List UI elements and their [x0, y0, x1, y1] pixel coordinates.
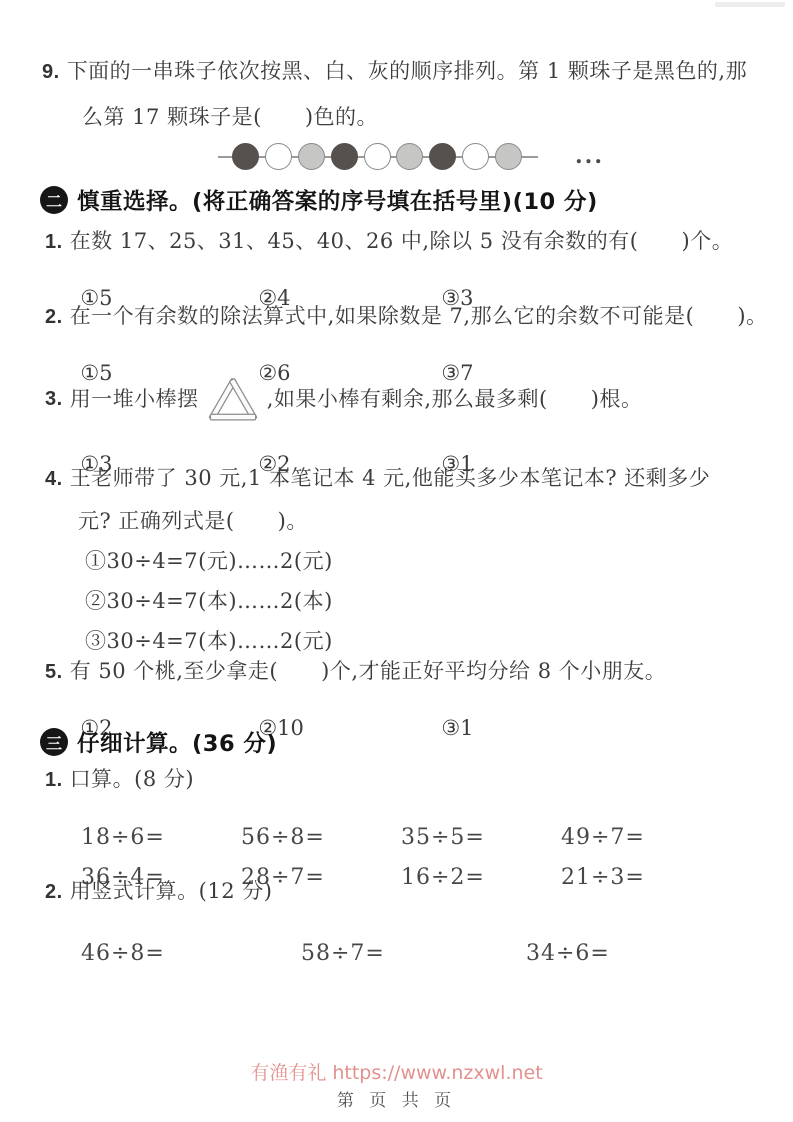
- triangle-sticks-icon: [207, 374, 259, 424]
- question-text: 在一个有余数的除法算式中,如果除数是 7,那么它的余数不可能是( )。: [70, 304, 768, 328]
- section-3-header: 三 仔细计算。(36 分): [40, 726, 277, 758]
- beads: [232, 143, 522, 170]
- bead: [232, 143, 259, 170]
- subsection-vertical-calc-title: 2.用竖式计算。(12 分): [45, 878, 272, 905]
- section-2-title: 慎重选择。(将正确答案的序号填在括号里)(10 分): [77, 184, 598, 216]
- option-3: ③1: [441, 716, 473, 740]
- bead: [495, 143, 522, 170]
- oral-calc-item: 21÷3=: [561, 865, 645, 890]
- question-text: 有 50 个桃,至少拿走( )个,才能正好平均分给 8 个小朋友。: [70, 659, 667, 683]
- footer-page-indicator: 第 页 共 页: [0, 1086, 793, 1111]
- section-3-title: 仔细计算。(36 分): [77, 726, 277, 758]
- question-9-line1: 9.下面的一串珠子依次按黑、白、灰的顺序排列。第 1 颗珠子是黑色的,那: [42, 58, 747, 85]
- question-text: 用一堆小棒摆: [70, 386, 199, 412]
- question-5: 5.有 50 个桃,至少拿走( )个,才能正好平均分给 8 个小朋友。: [45, 658, 666, 685]
- bead: [265, 143, 292, 170]
- question-4-option-1: ①30÷4=7(元)……2(元): [85, 548, 333, 574]
- question-9-line2: 么第 17 颗珠子是( )色的。: [82, 104, 378, 130]
- subsection-oral-calc-title: 1.口算。(8 分): [45, 766, 194, 793]
- bead: [429, 143, 456, 170]
- bead-string-figure: [218, 141, 538, 173]
- bead: [298, 143, 325, 170]
- ellipsis-continuation: ...: [575, 143, 604, 169]
- question-number: 4.: [45, 468, 63, 490]
- section-3-badge-icon: 三: [40, 728, 68, 756]
- subsection-text: 用竖式计算。(12 分): [70, 879, 273, 903]
- vertical-calc-row: 46÷8=58÷7=34÷6=: [65, 916, 610, 966]
- question-4-line1: 4.王老师带了 30 元,1 本笔记本 4 元,他能买多少本笔记本? 还剩多少: [45, 465, 710, 492]
- bead: [396, 143, 423, 170]
- subsection-number: 1.: [45, 769, 63, 791]
- vertical-calc-item: 58÷7=: [301, 941, 526, 966]
- question-number: 5.: [45, 661, 63, 683]
- question-1: 1.在数 17、25、31、45、40、26 中,除以 5 没有余数的有( )个…: [45, 228, 733, 255]
- section-2-badge-icon: 二: [40, 186, 68, 214]
- question-number: 2.: [45, 306, 63, 328]
- scan-artifact: [715, 2, 785, 7]
- oral-calc-item: 16÷2=: [401, 865, 561, 890]
- question-number: 9.: [42, 61, 60, 83]
- question-4-option-3: ③30÷4=7(本)……2(元): [85, 628, 333, 654]
- bead: [331, 143, 358, 170]
- question-text: 王老师带了 30 元,1 本笔记本 4 元,他能买多少本笔记本? 还剩多少: [70, 466, 711, 490]
- question-4-line2: 元? 正确列式是( )。: [78, 508, 308, 534]
- question-text: 元? 正确列式是( )。: [78, 509, 308, 533]
- question-4-option-2: ②30÷4=7(本)……2(本): [85, 588, 333, 614]
- question-2: 2.在一个有余数的除法算式中,如果除数是 7,那么它的余数不可能是( )。: [45, 303, 768, 330]
- footer-site-link: 有渔有礼 https://www.nzxwl.net: [0, 1058, 793, 1085]
- question-number: 1.: [45, 231, 63, 253]
- section-2-header: 二 慎重选择。(将正确答案的序号填在括号里)(10 分): [40, 184, 598, 216]
- subsection-text: 口算。(8 分): [70, 767, 194, 791]
- bead: [364, 143, 391, 170]
- subsection-number: 2.: [45, 881, 63, 903]
- question-text: 在数 17、25、31、45、40、26 中,除以 5 没有余数的有( )个。: [70, 229, 734, 253]
- option-2: ②10: [258, 716, 441, 740]
- bead: [462, 143, 489, 170]
- question-text: 下面的一串珠子依次按黑、白、灰的顺序排列。第 1 颗珠子是黑色的,那: [67, 59, 747, 83]
- vertical-calc-item: 46÷8=: [81, 941, 301, 966]
- question-text: 么第 17 颗珠子是( )色的。: [82, 105, 378, 129]
- question-number: 3.: [45, 387, 63, 412]
- question-text: ,如果小棒有剩余,那么最多剩( )根。: [267, 386, 643, 412]
- question-3: 3.用一堆小棒摆 ,如果小棒有剩余,那么最多剩( )根。: [45, 370, 642, 428]
- vertical-calc-item: 34÷6=: [526, 941, 610, 966]
